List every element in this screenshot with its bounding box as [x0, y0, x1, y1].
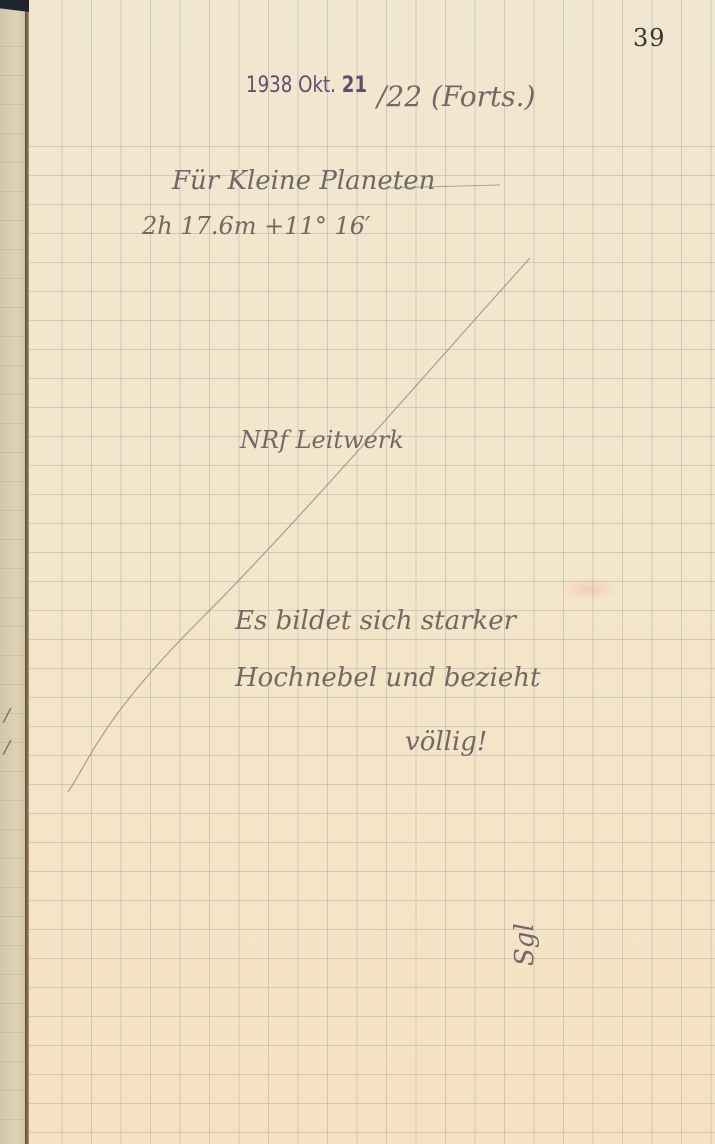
pencil-strokes	[0, 0, 715, 1144]
title-underline	[385, 185, 500, 188]
diagonal-cancel-stroke	[68, 258, 530, 792]
